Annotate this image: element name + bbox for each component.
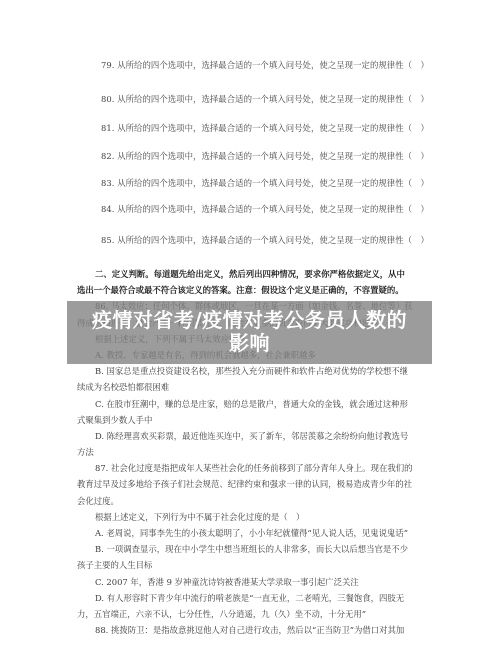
question-text: 从所给的四个选项中，选择最合适的一个填入问号处，使之呈现一定的规律性（ ） (117, 151, 429, 161)
q87-option-d-cont: 力，五官端正，六亲不认，七分任性，八分逍遥，九（久）坐不动，十分无用” (77, 606, 422, 622)
question-number: 82. (101, 151, 114, 161)
question-79: 79. 从所给的四个选项中，选择最合适的一个填入问号处，使之呈现一定的规律性（ … (101, 60, 441, 70)
q87-option-d: D. 有人形容时下青少年中流行的啃老族是“一直无业，二老啃光，三餐饱食，四肢无 (77, 590, 422, 606)
question-number: 85. (101, 235, 114, 245)
q86-option-d: D. 陈经理喜欢买彩票，最近他连买连中，买了新车，邻居羡慕之余纷纷向他讨教选号 (77, 428, 422, 444)
q87-option-b: B. 一项调查显示，现在中小学生中想当班组长的人非常多，而长大以后想当官是不少 (77, 541, 422, 557)
q86-option-c: C. 在股市狂潮中，赚的总是庄家，赔的总是散户，普通大众的金钱，就会通过这种形 (77, 396, 422, 412)
overlay-title-line2: 影响 (67, 332, 432, 355)
section-heading-line1: 二、定义判断。每道题先给出定义，然后列出四种情况，要求你严格依据定义，从中 (77, 266, 422, 282)
question-83: 83. 从所给的四个选项中，选择最合适的一个填入问号处，使之呈现一定的规律性（ … (101, 178, 441, 188)
question-number: 83. (101, 178, 114, 188)
q87-line2: 教育过早及过多地给予孩子们社会规范、纪律约束和强求一律的认同，极易造成青少年的社 (77, 476, 422, 492)
q87-option-b-cont: 孩子主要的人生目标 (77, 557, 422, 573)
q86-option-b-cont: 续成为名校恐怕都很困难 (77, 379, 422, 395)
q87-option-c: C. 2007 年，香港 9 岁神童沈诗钧被香港某大学录取一事引起广泛关注 (77, 574, 422, 590)
document-page: 79. 从所给的四个选项中，选择最合适的一个填入问号处，使之呈现一定的规律性（ … (0, 0, 500, 666)
q87-line3: 会化过度。 (77, 493, 422, 509)
overlay-title: 疫情对省考/疫情对考公务员人数的 影响 (67, 309, 432, 355)
q87-prompt: 根据上述定义，下列行为中不属于社会化过度的是（ ） (77, 509, 422, 525)
section-heading-line2: 选出一个最符合或最不符合该定义的答案。注意：假设这个定义是正确的，不容置疑的。 (77, 282, 422, 298)
question-text: 从所给的四个选项中，选择最合适的一个填入问号处，使之呈现一定的规律性（ ） (117, 235, 429, 245)
question-81: 81. 从所给的四个选项中，选择最合适的一个填入问号处，使之呈现一定的规律性（ … (101, 123, 441, 133)
q86-option-c-cont: 式聚集到少数人手中 (77, 412, 422, 428)
q88-line1: 88. 挑拨防卫：是指故意挑逗他人对自己进行攻击，然后以“正当防卫”为借口对其加 (77, 622, 422, 638)
overlay-title-line1: 疫情对省考/疫情对考公务员人数的 (67, 309, 432, 332)
question-text: 从所给的四个选项中，选择最合适的一个填入问号处，使之呈现一定的规律性（ ） (117, 123, 429, 133)
question-text: 从所给的四个选项中，选择最合适的一个填入问号处，使之呈现一定的规律性（ ） (117, 60, 429, 70)
question-number: 81. (101, 123, 114, 133)
question-text: 从所给的四个选项中，选择最合适的一个填入问号处，使之呈现一定的规律性（ ） (117, 178, 429, 188)
question-82: 82. 从所给的四个选项中，选择最合适的一个填入问号处，使之呈现一定的规律性（ … (101, 151, 441, 161)
q86-option-d-cont: 方法 (77, 444, 422, 460)
question-text: 从所给的四个选项中，选择最合适的一个填入问号处，使之呈现一定的规律性（ ） (117, 94, 429, 104)
q87-option-a: A. 老周说，同事李先生的小孩太聪明了，小小年纪就懂得“见人说人话，见鬼说鬼话” (77, 525, 422, 541)
question-number: 79. (101, 60, 114, 70)
q86-option-b: B. 国家总是重点投资建设名校，那些投入充分而硬件和软件占绝对优势的学校想不继 (77, 363, 422, 379)
question-84: 84. 从所给的四个选项中，选择最合适的一个填入问号处，使之呈现一定的规律性（ … (101, 204, 441, 214)
question-85: 85. 从所给的四个选项中，选择最合适的一个填入问号处，使之呈现一定的规律性（ … (101, 235, 441, 245)
question-text: 从所给的四个选项中，选择最合适的一个填入问号处，使之呈现一定的规律性（ ） (117, 204, 429, 214)
question-80: 80. 从所给的四个选项中，选择最合适的一个填入问号处，使之呈现一定的规律性（ … (101, 94, 441, 104)
question-number: 84. (101, 204, 114, 214)
question-number: 80. (101, 94, 114, 104)
q87-line1: 87. 社会化过度是指把成年人某些社会化的任务前移到了部分青年人身上。现在我们的 (77, 460, 422, 476)
